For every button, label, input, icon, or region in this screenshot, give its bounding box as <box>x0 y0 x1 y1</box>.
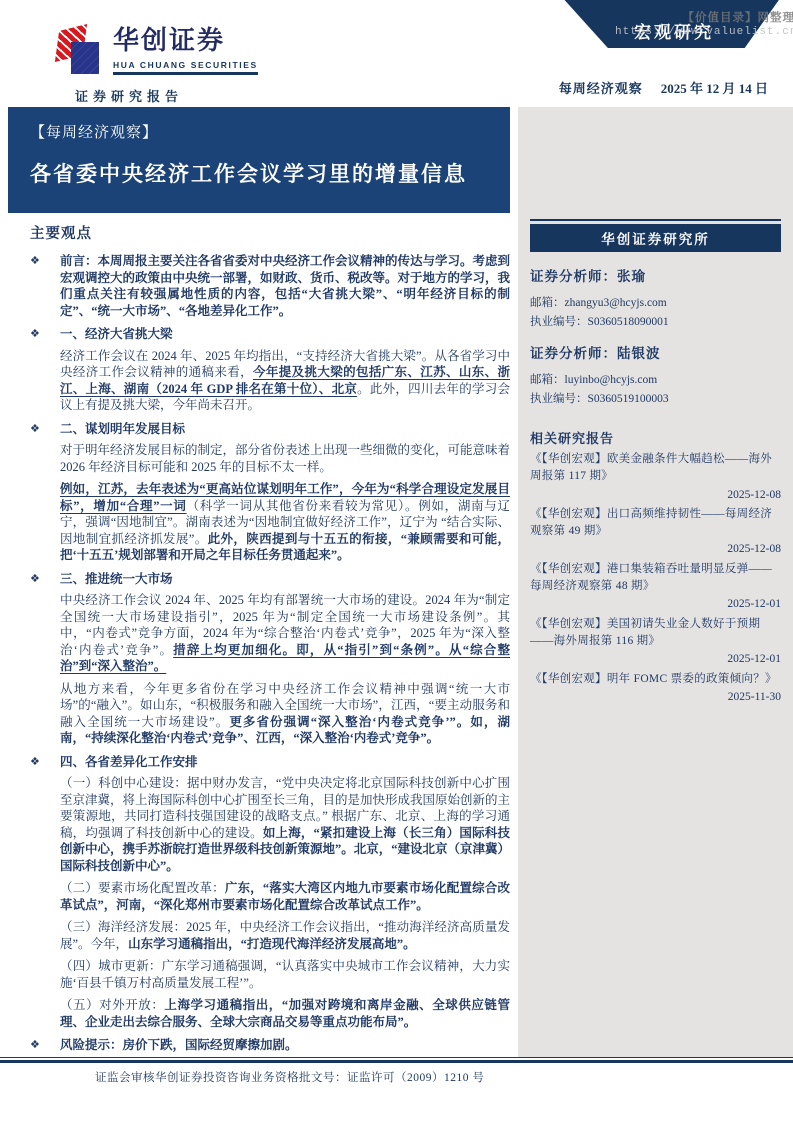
paragraph: （二）要素市场化配置改革：广东，“落实大湾区内地九市要素市场化配置综合改革试点”… <box>60 880 510 913</box>
related-report-title: 《【华创宏观】欧美金融条件大幅趋松——海外周报第 117 期》 <box>530 451 781 486</box>
related-report-date: 2025-12-01 <box>530 650 781 668</box>
paragraph: 中央经济工作会议 2024 年、2025 年均有部署统一大市场的建设。2024 … <box>60 592 510 675</box>
text-runs: （二）要素市场化配置改革：广东，“落实大湾区内地九市要素市场化配置综合改革试点”… <box>60 880 510 913</box>
text-run: 四、各省差异化工作安排 <box>60 755 198 769</box>
email-label: 邮箱： <box>530 297 565 309</box>
title-banner: 【每周经济观察】 各省委中央经济工作会议学习里的增量信息 <box>8 107 510 213</box>
category-badge-label: 宏观研究 <box>560 18 788 43</box>
series-label: 每周经济观察 <box>559 81 643 96</box>
bullet-item: ❖四、各省差异化工作安排 <box>30 754 510 771</box>
diamond-bullet-icon: ❖ <box>30 754 60 771</box>
bullet-item: ❖风险提示：房价下跌，国际经贸摩擦加剧。 <box>30 1037 510 1054</box>
related-report-item: 《【华创宏观】美国初请失业金人数好于预期——海外周报第 116 期》2025-1… <box>530 616 781 669</box>
related-report-title: 《【华创宏观】出口高频维持韧性——每周经济观察第 49 期》 <box>530 506 781 541</box>
text-runs: 风险提示：房价下跌，国际经贸摩擦加剧。 <box>60 1037 510 1054</box>
text-runs: 三、推进统一大市场 <box>60 571 510 588</box>
logo-cube-blue-face <box>71 42 99 74</box>
analyst-name: 陆银波 <box>617 346 661 361</box>
text-run: （四）城市更新：广东学习通稿强调，“认真落实中央城市工作会议精神，大力实施‘百县… <box>60 959 510 990</box>
text-runs: 四、各省差异化工作安排 <box>60 754 510 771</box>
text-run: （五）对外开放： <box>60 998 164 1012</box>
bullet-item: ❖三、推进统一大市场 <box>30 571 510 588</box>
license-label: 执业编号： <box>530 393 588 405</box>
related-report-date: 2025-12-08 <box>530 540 781 558</box>
diamond-bullet-icon: ❖ <box>30 326 60 343</box>
page-title: 各省委中央经济工作会议学习里的增量信息 <box>30 158 510 188</box>
related-report-date: 2025-12-01 <box>530 595 781 613</box>
company-logo: 华创证券 HUA CHUANG SECURITIES <box>55 26 258 80</box>
analyst-license-line: 执业编号：S0360518090001 <box>530 313 781 329</box>
category-badge: 宏观研究 <box>560 0 788 48</box>
paragraph: 经济工作会议在 2024 年、2025 年均指出，“支持经济大省挑大梁”。从各省… <box>60 348 510 414</box>
related-report-title: 《【华创宏观】美国初请失业金人数好于预期——海外周报第 116 期》 <box>530 616 781 651</box>
content-blocks: ❖前言：本周周报主要关注各省省委对中央经济工作会议精神的传达与学习。考虑到宏观调… <box>30 253 510 1054</box>
text-run: 山东学习通稿指出，“打造现代海洋经济发展高地”。 <box>128 937 416 951</box>
paragraph: （三）海洋经济发展：2025 年，中央经济工作会议指出，“推动海洋经济高质量发展… <box>60 919 510 952</box>
analyst-role-label: 证券分析师： <box>530 269 617 284</box>
text-runs: 一、经济大省挑大梁 <box>60 326 510 343</box>
paragraph: 从地方来看，今年更多省份在学习中央经济工作会议精神中强调“统一大市场”的“融入”… <box>60 681 510 747</box>
analyst-role-label: 证券分析师： <box>530 346 617 361</box>
related-reports-list: 《【华创宏观】欧美金融条件大幅趋松——海外周报第 117 期》2025-12-0… <box>530 451 781 706</box>
text-runs: 例如，江苏，去年表述为“更高站位谋划明年工作”，今年为“科学合理设定发展目标”，… <box>60 481 510 564</box>
logo-text: 华创证券 HUA CHUANG SECURITIES <box>113 26 258 75</box>
brand-name-cn: 华创证券 <box>113 26 258 55</box>
related-report-item: 《【华创宏观】明年 FOMC 票委的政策倾向？》2025-11-30 <box>530 671 781 707</box>
analyst-email-line: 邮箱：luyinbo@hcyjs.com <box>530 371 781 387</box>
analyst-role-name: 证券分析师：陆银波 <box>530 342 781 362</box>
paragraph: 例如，江苏，去年表述为“更高站位谋划明年工作”，今年为“科学合理设定发展目标”，… <box>60 481 510 564</box>
main-content: 主要观点 ❖前言：本周周报主要关注各省省委对中央经济工作会议精神的传达与学习。考… <box>30 225 510 1059</box>
bullet-item: ❖一、经济大省挑大梁 <box>30 326 510 343</box>
bullet-item: ❖前言：本周周报主要关注各省省委对中央经济工作会议精神的传达与学习。考虑到宏观调… <box>30 253 510 319</box>
text-run: 二、谋划明年发展目标 <box>60 422 185 436</box>
series-date-line: 每周经济观察2025 年 12 月 14 日 <box>559 78 768 97</box>
sidebar-spacer <box>530 107 781 219</box>
text-run: 前言：本周周报主要关注各省省委对中央经济工作会议精神的传达与学习。考虑到宏观调控… <box>60 254 510 318</box>
text-runs: （四）城市更新：广东学习通稿强调，“认真落实中央城市工作会议精神，大力实施‘百县… <box>60 958 510 991</box>
paragraph: 对于明年经济发展目标的制定，部分省份表述上出现一些细微的变化，可能意味着 202… <box>60 442 510 475</box>
text-run: （二）要素市场化配置改革： <box>60 881 225 895</box>
paragraph: （一）科创中心建设：据中财办发言，“党中央决定将北京国际科技创新中心扩围至京津冀… <box>60 775 510 874</box>
analyst-license-line: 执业编号：S0360519100003 <box>530 390 781 406</box>
paragraph: （五）对外开放：上海学习通稿指出，“加强对跨境和离岸金融、全球供应链管理、企业走… <box>60 997 510 1030</box>
related-report-item: 《【华创宏观】出口高频维持韧性——每周经济观察第 49 期》2025-12-08 <box>530 506 781 559</box>
brand-name-en: HUA CHUANG SECURITIES <box>113 60 258 75</box>
footer-divider <box>0 1057 793 1063</box>
text-run: 对于明年经济发展目标的制定，部分省份表述上出现一些细微的变化，可能意味着 202… <box>60 443 510 474</box>
related-report-title: 《【华创宏观】港口集装箱吞吐量明显反弹——每周经济观察第 48 期》 <box>530 561 781 596</box>
diamond-bullet-icon: ❖ <box>30 421 60 438</box>
text-runs: （三）海洋经济发展：2025 年，中央经济工作会议指出，“推动海洋经济高质量发展… <box>60 919 510 952</box>
text-runs: 从地方来看，今年更多省份在学习中央经济工作会议精神中强调“统一大市场”的“融入”… <box>60 681 510 747</box>
email-value: luyinbo@hcyjs.com <box>565 374 658 386</box>
diamond-bullet-icon: ❖ <box>30 253 60 319</box>
related-report-title: 《【华创宏观】明年 FOMC 票委的政策倾向？》 <box>530 671 781 688</box>
banner-series-tag: 【每周经济观察】 <box>30 121 510 142</box>
main-points-heading: 主要观点 <box>30 225 510 244</box>
footer-divider-thick <box>0 1060 793 1063</box>
text-runs: 前言：本周周报主要关注各省省委对中央经济工作会议精神的传达与学习。考虑到宏观调控… <box>60 253 510 319</box>
text-runs: 二、谋划明年发展目标 <box>60 421 510 438</box>
text-runs: （一）科创中心建设：据中财办发言，“党中央决定将北京国际科技创新中心扩围至京津冀… <box>60 775 510 874</box>
text-run: 三、推进统一大市场 <box>60 572 173 586</box>
license-value: S0360518090001 <box>588 316 669 328</box>
related-report-date: 2025-12-08 <box>530 486 781 504</box>
email-value: zhangyu3@hcyjs.com <box>565 297 667 309</box>
diamond-bullet-icon: ❖ <box>30 1037 60 1054</box>
text-runs: 对于明年经济发展目标的制定，部分省份表述上出现一些细微的变化，可能意味着 202… <box>60 442 510 475</box>
license-label: 执业编号： <box>530 316 588 328</box>
analyst-role-name: 证券分析师：张瑜 <box>530 265 781 285</box>
paragraph: （四）城市更新：广东学习通稿强调，“认真落实中央城市工作会议精神，大力实施‘百县… <box>60 958 510 991</box>
info-sidebar: 华创证券研究所 证券分析师：张瑜 邮箱：zhangyu3@hcyjs.com 执… <box>518 107 793 1057</box>
institute-bar: 华创证券研究所 <box>530 219 781 252</box>
report-type-label: 证券研究报告 <box>75 86 183 105</box>
text-run: 一、经济大省挑大梁 <box>60 327 173 341</box>
institute-name: 华创证券研究所 <box>530 224 781 252</box>
report-date: 2025 年 12 月 14 日 <box>661 81 768 96</box>
analyst-card: 证券分析师：张瑜 邮箱：zhangyu3@hcyjs.com 执业编号：S036… <box>530 265 781 329</box>
text-runs: （五）对外开放：上海学习通稿指出，“加强对跨境和离岸金融、全球供应链管理、企业走… <box>60 997 510 1030</box>
license-value: S0360519100003 <box>588 393 669 405</box>
logo-cube-icon <box>55 26 103 80</box>
related-report-item: 《【华创宏观】港口集装箱吞吐量明显反弹——每周经济观察第 48 期》2025-1… <box>530 561 781 614</box>
diamond-bullet-icon: ❖ <box>30 571 60 588</box>
analyst-name: 张瑜 <box>617 269 646 284</box>
email-label: 邮箱： <box>530 374 565 386</box>
related-reports-heading: 相关研究报告 <box>530 428 781 447</box>
analyst-card: 证券分析师：陆银波 邮箱：luyinbo@hcyjs.com 执业编号：S036… <box>530 342 781 406</box>
text-runs: 经济工作会议在 2024 年、2025 年均指出，“支持经济大省挑大梁”。从各省… <box>60 348 510 414</box>
related-report-date: 2025-11-30 <box>530 688 781 706</box>
text-runs: 中央经济工作会议 2024 年、2025 年均有部署统一大市场的建设。2024 … <box>60 592 510 675</box>
bullet-item: ❖二、谋划明年发展目标 <box>30 421 510 438</box>
footer-license-text: 证监会审核华创证券投资咨询业务资格批文号：证监许可（2009）1210 号 <box>95 1069 484 1085</box>
related-report-item: 《【华创宏观】欧美金融条件大幅趋松——海外周报第 117 期》2025-12-0… <box>530 451 781 504</box>
text-run: 风险提示：房价下跌，国际经贸摩擦加剧。 <box>60 1038 298 1052</box>
report-page: 华创证券 HUA CHUANG SECURITIES 证券研究报告 宏观研究 【… <box>0 0 793 1122</box>
analyst-email-line: 邮箱：zhangyu3@hcyjs.com <box>530 294 781 310</box>
